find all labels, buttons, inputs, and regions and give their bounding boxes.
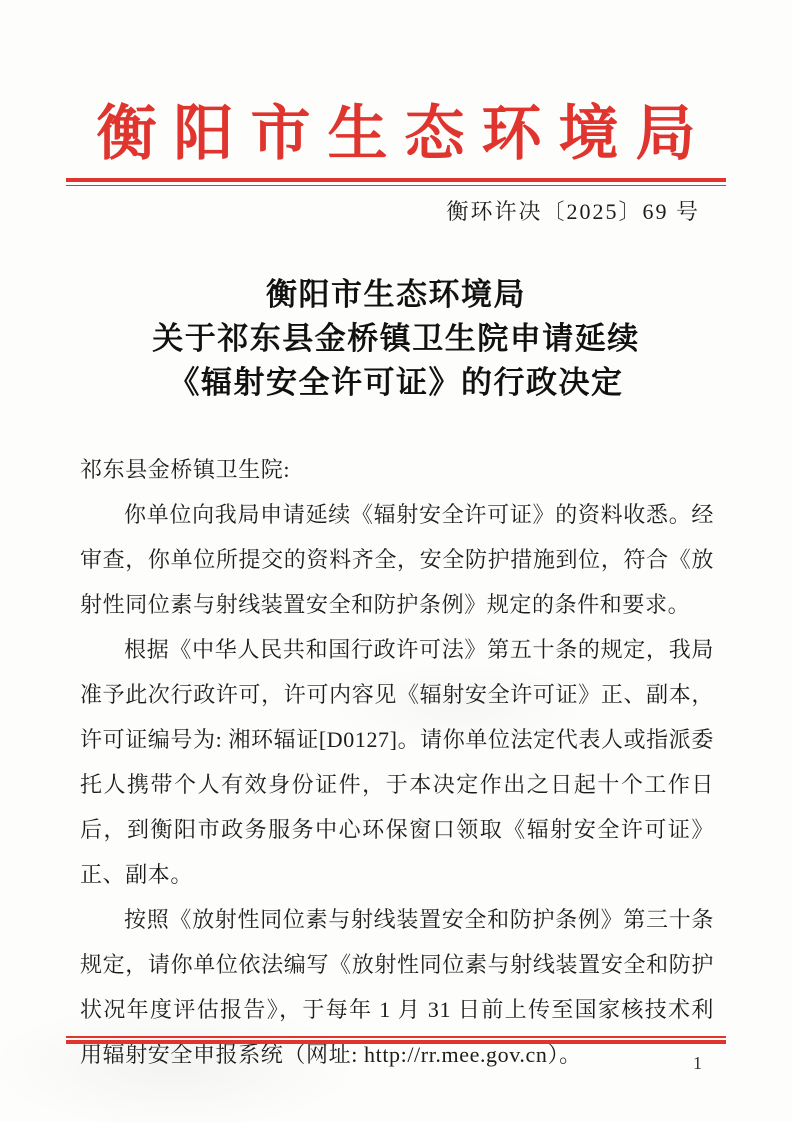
document-page: 衡阳市生态环境局 衡环许决〔2025〕69 号 衡阳市生态环境局 关于祁东县金桥…: [0, 0, 792, 1122]
divider-thick-line: [66, 178, 726, 182]
paragraph-receipt-and-review: 你单位向我局申请延续《辐射安全许可证》的资料收悉。经审查，你单位所提交的资料齐全…: [80, 492, 714, 627]
document-number: 衡环许决〔2025〕69 号: [0, 199, 700, 225]
document-title: 衡阳市生态环境局 关于祁东县金桥镇卫生院申请延续 《辐射安全许可证》的行政决定: [0, 273, 792, 405]
issuing-org-name: 衡阳市生态环境局: [0, 100, 792, 169]
letterhead-divider: [66, 178, 726, 186]
salutation: 祁东县金桥镇卫生院:: [80, 447, 714, 492]
divider-thick-line: [66, 1040, 726, 1044]
document-title-line-3: 《辐射安全许可证》的行政决定: [0, 361, 792, 405]
footer-divider: [66, 1036, 726, 1044]
document-title-line-1: 衡阳市生态环境局: [0, 273, 792, 317]
page-number: 1: [0, 1053, 702, 1073]
page-footer: 1: [0, 1036, 792, 1073]
paragraph-license-grant: 根据《中华人民共和国行政许可法》第五十条的规定，我局准予此次行政许可，许可内容见…: [80, 627, 714, 897]
divider-thin-line: [66, 185, 726, 187]
document-body: 祁东县金桥镇卫生院: 你单位向我局申请延续《辐射安全许可证》的资料收悉。经审查，…: [80, 447, 714, 1077]
letterhead: 衡阳市生态环境局 衡环许决〔2025〕69 号: [0, 100, 792, 225]
divider-thin-line: [66, 1036, 726, 1038]
document-title-line-2: 关于祁东县金桥镇卫生院申请延续: [0, 317, 792, 361]
